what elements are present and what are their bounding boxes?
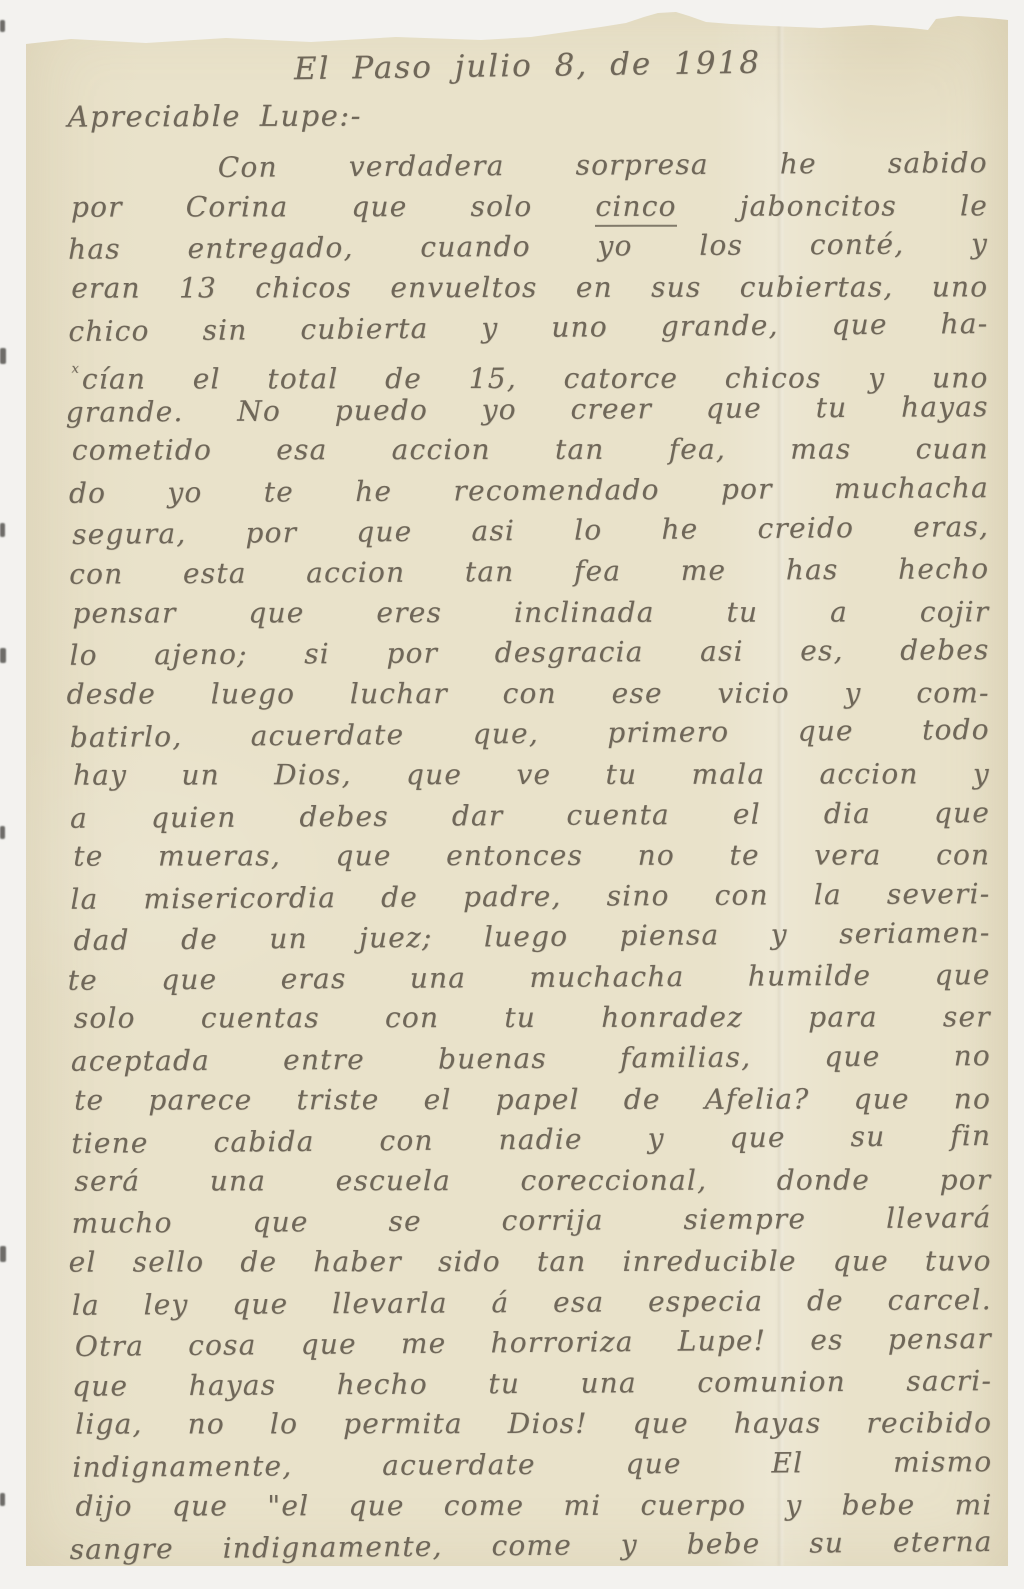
letter-line: el sello de haber sido tan inreducible q… — [69, 1241, 992, 1283]
salutation: Apreciable Lupe:- — [68, 96, 988, 133]
letter-line: xcían el total de 15, catorce chicos y u… — [72, 348, 989, 390]
line-text: has entregado, cuando yo los conté, y — [68, 227, 988, 266]
letter-line: con esta accion tan fea me has hecho — [69, 549, 989, 595]
letter-paper: El Paso julio 8, de 1918 Apreciable Lupe… — [26, 12, 1008, 1566]
letter-line: aceptada entre buenas familias, que no — [71, 1036, 991, 1082]
line-text: grande. No puedo yo creer que tu hayas — [66, 390, 989, 429]
line-text: indignamente, acuerdate que El mismo — [72, 1445, 992, 1484]
scan-artifact — [0, 523, 5, 537]
underlined-word: cinco — [595, 189, 676, 226]
scan-artifact — [0, 1246, 6, 1262]
letter-line: sangre indignamente, come y bebe su eter… — [69, 1522, 992, 1571]
line-text: mucho que se corrija siempre llevará — [71, 1202, 991, 1241]
line-text: con esta accion tan fea me has hecho — [69, 552, 989, 591]
line-text: el sello de haber sido tan inreducible q… — [69, 1244, 992, 1278]
line-text: por Corina que solo — [71, 189, 595, 223]
correction-mark: x — [72, 362, 79, 377]
letter-line: será una escuela coreccional, donde por — [74, 1160, 991, 1202]
line-text: dad de un juez; luego piensa y seriamen- — [73, 916, 990, 957]
letter-line: Con verdadera sorpresa he sabido — [68, 143, 988, 189]
letter-line: grande. No puedo yo creer que tu hayas — [66, 387, 989, 433]
letter-line: has entregado, cuando yo los conté, y — [68, 224, 988, 270]
line-text: do yo te he recomendado por muchacha — [69, 471, 989, 510]
letter-line: que hayas hecho tu una comunion sacri- — [72, 1361, 992, 1407]
scan-artifact — [0, 826, 5, 839]
letter-line: a quien debes dar cuenta el dia que — [70, 793, 990, 839]
line-text: batirlo, acuerdate que, primero que todo — [70, 713, 990, 754]
letter-line: batirlo, acuerdate que, primero que todo — [70, 710, 990, 759]
letter-line: indignamente, acuerdate que El mismo — [72, 1442, 992, 1488]
line-text: sangre indignamente, come y bebe su eter… — [70, 1525, 993, 1566]
scan-artifact — [0, 20, 5, 32]
letter-line: te parece triste el papel de Afelia? que… — [74, 1079, 991, 1121]
letter-line: dijo que "el que come mi cuerpo y bebe m… — [75, 1485, 992, 1527]
letter-line: lo ajeno; si por desgracia asi es, debes — [69, 630, 989, 676]
line-text: hay un Dios, que ve tu mala accion y — [73, 757, 990, 791]
line-text: te mueras, que entonces no te vera con — [73, 838, 990, 872]
scan-artifact — [0, 1493, 5, 1506]
line-text: será una escuela coreccional, donde por — [74, 1163, 991, 1197]
letter-line: la ley que llevarla á esa especia de car… — [72, 1280, 992, 1326]
letter-line: cometido esa accion tan fea, mas cuan — [72, 429, 989, 471]
letter-line: mucho que se corrija siempre llevará — [71, 1199, 991, 1245]
line-text: dijo que "el que come mi cuerpo y bebe m… — [75, 1488, 992, 1522]
scan-artifact — [0, 648, 6, 663]
line-text: la ley que llevarla á esa especia de car… — [72, 1283, 992, 1322]
line-text: la misericordia de padre, sino con la se… — [70, 877, 990, 916]
letter-line: chico sin cubierta y uno grande, que ha- — [68, 304, 988, 353]
dateline: El Paso julio 8, de 1918 — [67, 42, 987, 91]
letter-line: tiene cabida con nadie y que su fin — [71, 1116, 991, 1165]
letter-line: te mueras, que entonces no te vera con — [73, 835, 990, 877]
letter-line: eran 13 chicos envueltos en sus cubierta… — [71, 267, 988, 309]
letter-content: El Paso julio 8, de 1918 Apreciable Lupe… — [23, 10, 1010, 1567]
letter-line: hay un Dios, que ve tu mala accion y — [73, 754, 990, 796]
letter-line: dad de un juez; luego piensa y seriamen- — [73, 913, 990, 962]
letter-line: liga, no lo permita Dios! que hayas reci… — [75, 1404, 992, 1446]
line-text: solo cuentas con tu honradez para ser — [74, 1001, 991, 1035]
letter-line: Otra cosa que me horroriza Lupe! es pens… — [75, 1319, 992, 1368]
line-text: aceptada entre buenas familias, que no — [71, 1039, 991, 1078]
line-text: te parece triste el papel de Afelia? que… — [74, 1082, 991, 1116]
letter-line: pensar que eres inclinada tu a cojir — [72, 592, 989, 634]
line-text: Con verdadera sorpresa he sabido — [218, 146, 988, 184]
line-text: eran 13 chicos envueltos en sus cubierta… — [71, 270, 988, 304]
line-text: jaboncitos le — [677, 189, 988, 222]
line-text: desde luego luchar con ese vicio y com- — [67, 676, 990, 710]
letter-line: desde luego luchar con ese vicio y com- — [67, 673, 990, 715]
line-text: liga, no lo permita Dios! que hayas reci… — [75, 1407, 992, 1441]
letter-line: por Corina que solo cinco jaboncitos le — [71, 186, 988, 228]
letter-line: segura, por que asi lo he creido eras, — [72, 507, 989, 556]
letter-line: solo cuentas con tu honradez para ser — [74, 998, 991, 1040]
letter-body: Con verdadera sorpresa he sabidopor Cori… — [68, 144, 993, 1568]
letter-line: la misericordia de padre, sino con la se… — [70, 874, 990, 920]
line-text: te que eras una muchacha humilde que — [68, 958, 991, 997]
scan-artifact — [0, 348, 6, 364]
letter-line: te que eras una muchacha humilde que — [68, 955, 991, 1001]
line-text: tiene cabida con nadie y que su fin — [71, 1119, 991, 1160]
line-text: que hayas hecho tu una comunion sacri- — [72, 1364, 992, 1403]
line-text: Otra cosa que me horroriza Lupe! es pens… — [75, 1322, 992, 1363]
scan-background: El Paso julio 8, de 1918 Apreciable Lupe… — [0, 0, 1024, 1589]
line-text: a quien debes dar cuenta el dia que — [70, 796, 990, 835]
line-text: cometido esa accion tan fea, mas cuan — [72, 432, 989, 466]
line-text: segura, por que asi lo he creido eras, — [72, 510, 989, 551]
line-text: pensar que eres inclinada tu a cojir — [72, 595, 989, 629]
line-text: chico sin cubierta y uno grande, que ha- — [68, 307, 988, 348]
line-text: lo ajeno; si por desgracia asi es, debes — [69, 633, 989, 672]
